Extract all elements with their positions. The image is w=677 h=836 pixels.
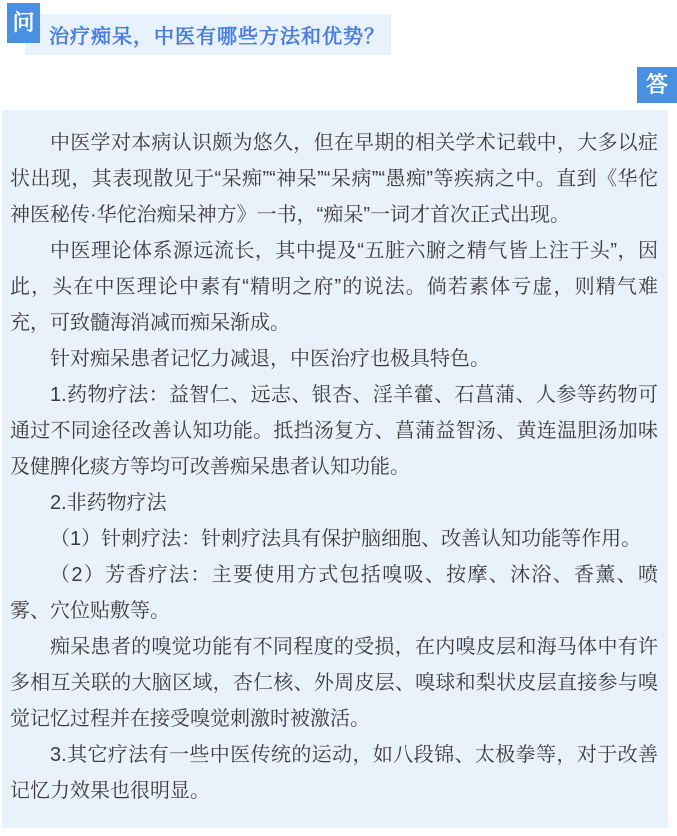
qa-article: 治疗痴呆，中医有哪些方法和优势？ 问 答 中医学对本病认识颇为悠久，但在早期的相… [0,0,677,836]
answer-paragraph: 3.其它疗法有一些中医传统的运动，如八段锦、太极拳等，对于改善记忆力效果也很明显… [10,737,658,809]
question-bar: 治疗痴呆，中医有哪些方法和优势？ [25,14,391,55]
answer-panel: 中医学对本病认识颇为悠久，但在早期的相关学术记载中，大多以症状出现，其表现散见于… [2,110,668,828]
answer-paragraph: 中医理论体系源远流长，其中提及“五脏六腑之精气皆上注于头”，因此，头在中医理论中… [10,233,658,341]
answer-paragraph: 1.药物疗法：益智仁、远志、银杏、淫羊藿、石菖蒲、人参等药物可通过不同途径改善认… [10,377,658,485]
answer-paragraph: （2）芳香疗法：主要使用方式包括嗅吸、按摩、沐浴、香薰、喷雾、穴位贴敷等。 [10,557,658,629]
question-text: 治疗痴呆，中医有哪些方法和优势？ [49,20,385,49]
answer-paragraph: （1）针刺疗法：针刺疗法具有保护脑细胞、改善认知功能等作用。 [10,521,658,557]
answer-badge: 答 [637,67,677,103]
question-badge: 问 [7,3,40,43]
answer-paragraph: 中医学对本病认识颇为悠久，但在早期的相关学术记载中，大多以症状出现，其表现散见于… [10,125,658,233]
answer-paragraph: 针对痴呆患者记忆力减退，中医治疗也极具特色。 [10,341,658,377]
answer-paragraph: 2.非药物疗法 [10,485,658,521]
answer-paragraph: 痴呆患者的嗅觉功能有不同程度的受损，在内嗅皮层和海马体中有许多相互关联的大脑区域… [10,629,658,737]
